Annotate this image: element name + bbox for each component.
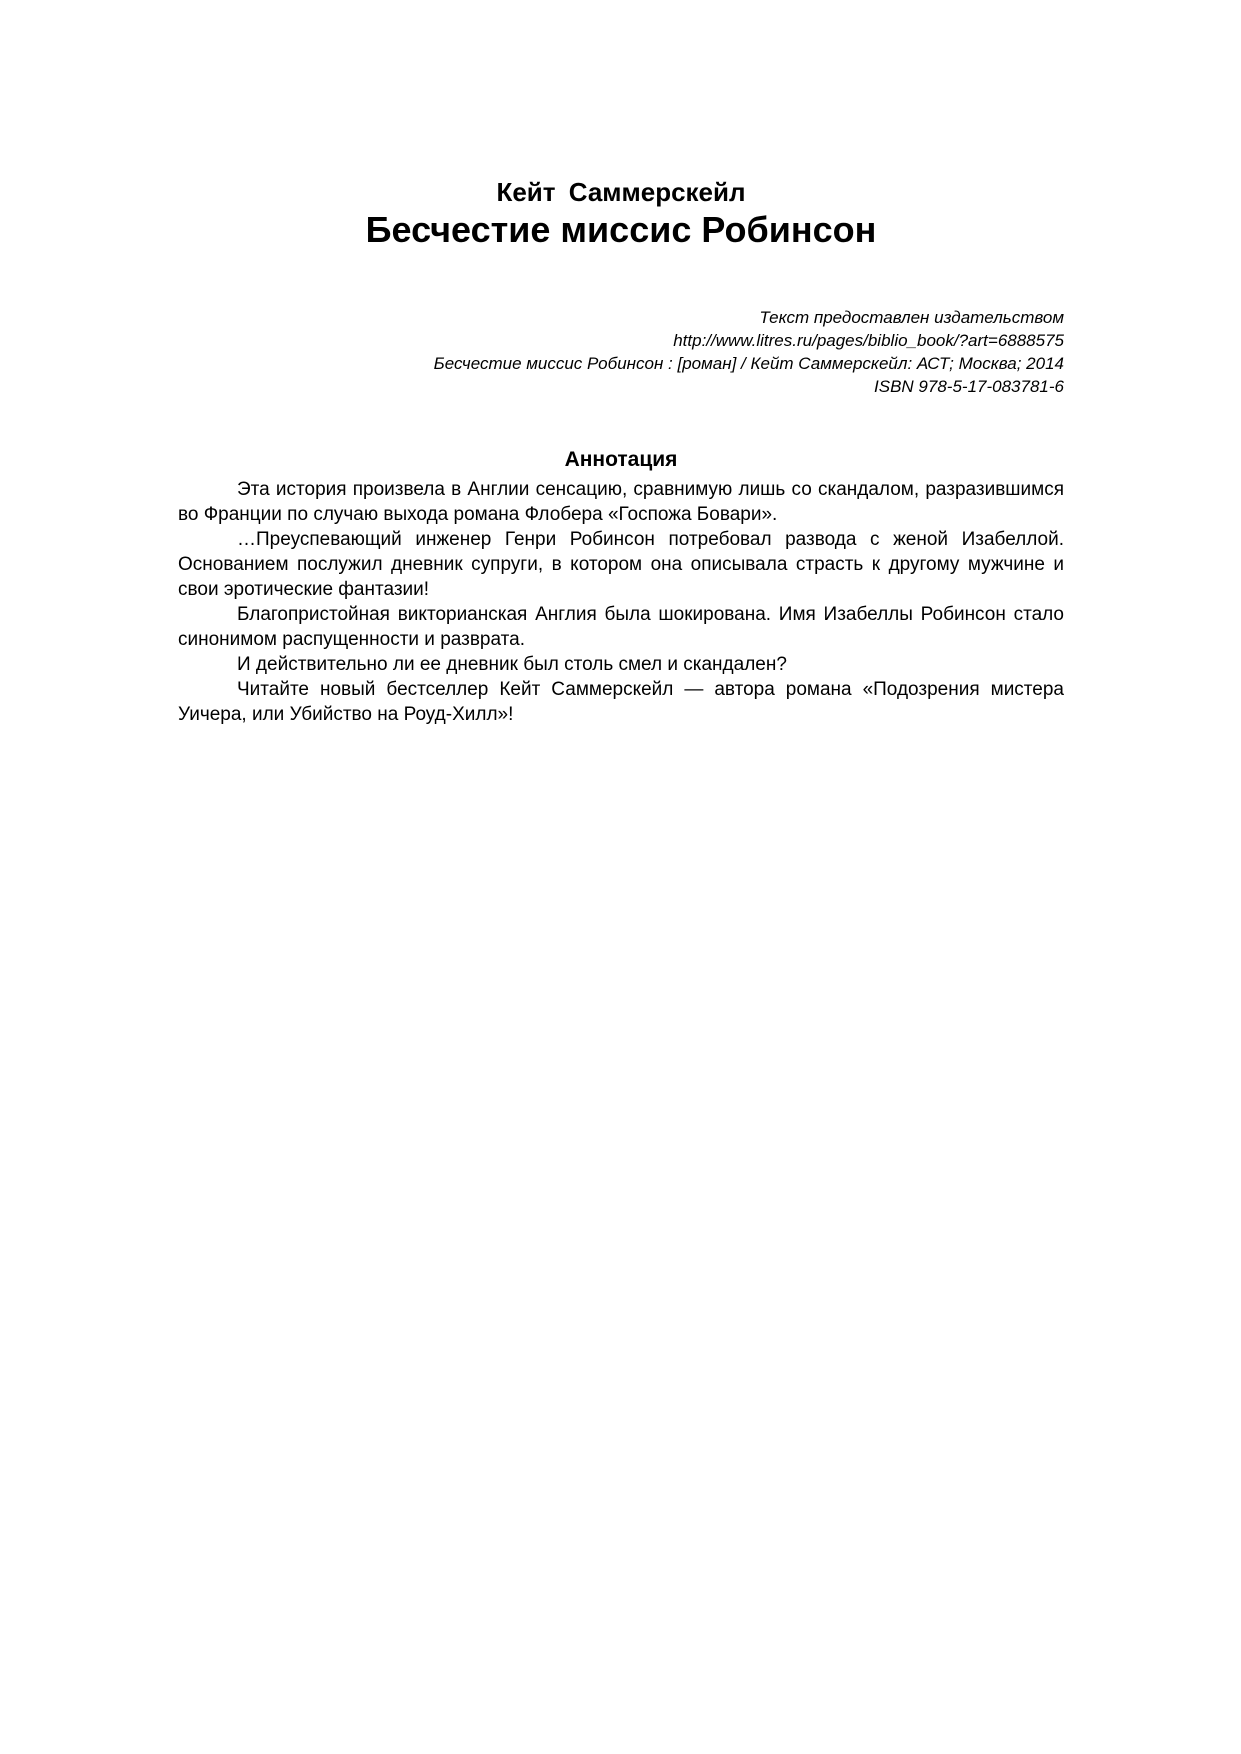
annotation-paragraph: Эта история произвела в Англии сенсацию,… [178,477,1064,527]
publication-info: Текст предоставлен издательством http://… [178,306,1064,398]
source-url: http://www.litres.ru/pages/biblio_book/?… [178,329,1064,352]
annotation-paragraph: …Преуспевающий инженер Генри Робинсон по… [178,527,1064,602]
annotation-paragraph: И действительно ли ее дневник был столь … [178,652,1064,677]
annotation-paragraph: Читайте новый бестселлер Кейт Саммерскей… [178,677,1064,727]
publisher-note: Текст предоставлен издательством [178,306,1064,329]
annotation-paragraph: Благопристойная викторианская Англия был… [178,602,1064,652]
book-title: Бесчестие миссис Робинсон [178,208,1064,252]
book-author: Кейт Саммерскейл [178,176,1064,208]
annotation-heading: Аннотация [178,446,1064,474]
isbn: ISBN 978-5-17-083781-6 [178,375,1064,398]
bibliographic-record: Бесчестие миссис Робинсон : [роман] / Ке… [178,352,1064,375]
annotation-body: Эта история произвела в Англии сенсацию,… [178,477,1064,727]
